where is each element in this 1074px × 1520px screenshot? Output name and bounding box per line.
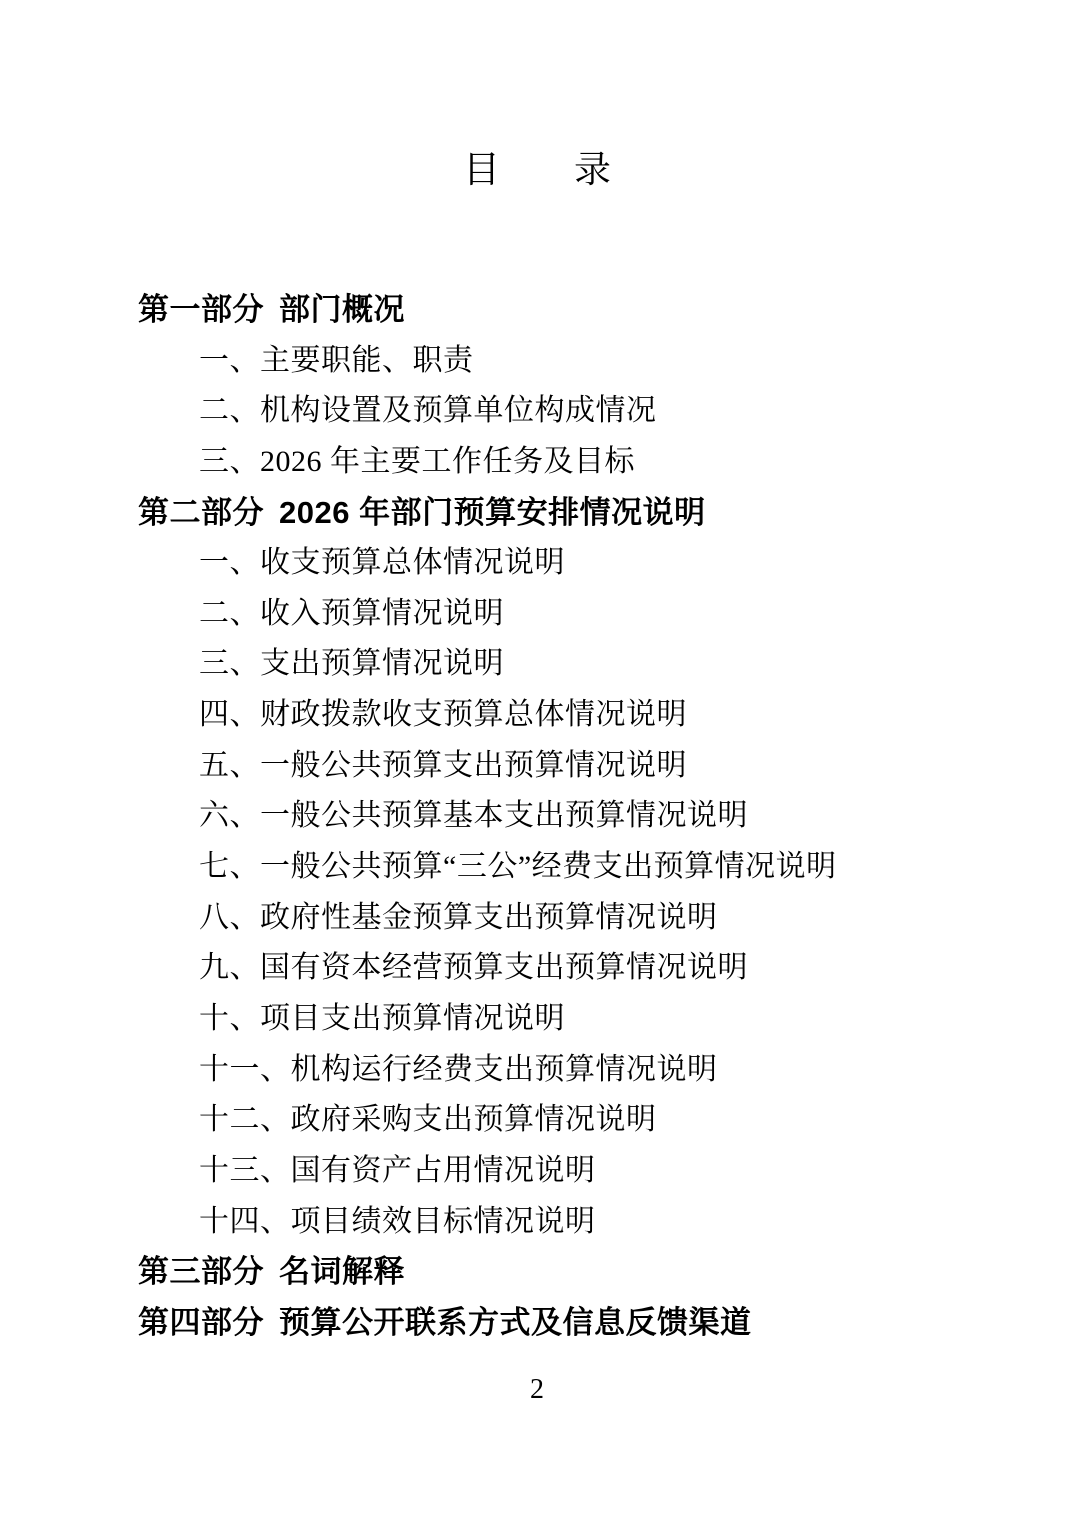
- toc-part-label: 第一部分: [138, 292, 264, 327]
- toc-item: 六、一般公共预算基本支出预算情况说明: [0, 791, 1074, 842]
- toc-part-heading: 第一部分部门概况: [0, 285, 1074, 336]
- toc-item: 十一、机构运行经费支出预算情况说明: [0, 1045, 1074, 1096]
- toc-item: 一、收支预算总体情况说明: [0, 538, 1074, 589]
- toc-part-heading: 第四部分预算公开联系方式及信息反馈渠道: [0, 1298, 1074, 1349]
- toc-item: 十二、政府采购支出预算情况说明: [0, 1095, 1074, 1146]
- toc-part-heading: 第二部分2026 年部门预算安排情况说明: [0, 488, 1074, 539]
- toc-item: 五、一般公共预算支出预算情况说明: [0, 741, 1074, 792]
- page-number: 2: [0, 1372, 1074, 1408]
- table-of-contents: 第一部分部门概况一、主要职能、职责二、机构设置及预算单位构成情况三、2026 年…: [0, 285, 1074, 1348]
- toc-part-heading: 第三部分名词解释: [0, 1247, 1074, 1298]
- toc-part-label: 第三部分: [138, 1254, 264, 1289]
- toc-item: 七、一般公共预算“三公”经费支出预算情况说明: [0, 842, 1074, 893]
- toc-item: 四、财政拨款收支预算总体情况说明: [0, 690, 1074, 741]
- toc-part-title: 部门概况: [279, 292, 405, 327]
- document-page: 目 录 第一部分部门概况一、主要职能、职责二、机构设置及预算单位构成情况三、20…: [0, 0, 1074, 1520]
- page-title: 目 录: [0, 148, 1074, 194]
- toc-part-title: 2026 年部门预算安排情况说明: [279, 495, 706, 530]
- toc-item: 十三、国有资产占用情况说明: [0, 1146, 1074, 1197]
- toc-item: 十、项目支出预算情况说明: [0, 994, 1074, 1045]
- toc-item: 九、国有资本经营预算支出预算情况说明: [0, 943, 1074, 994]
- toc-item: 一、主要职能、职责: [0, 336, 1074, 387]
- toc-item: 二、机构设置及预算单位构成情况: [0, 386, 1074, 437]
- toc-item: 三、2026 年主要工作任务及目标: [0, 437, 1074, 488]
- toc-part-label: 第四部分: [138, 1305, 264, 1340]
- toc-part-title: 名词解释: [279, 1254, 405, 1289]
- toc-item: 八、政府性基金预算支出预算情况说明: [0, 893, 1074, 944]
- toc-part-title: 预算公开联系方式及信息反馈渠道: [279, 1305, 752, 1340]
- toc-item: 十四、项目绩效目标情况说明: [0, 1197, 1074, 1248]
- toc-part-label: 第二部分: [138, 495, 264, 530]
- toc-item: 三、支出预算情况说明: [0, 639, 1074, 690]
- toc-item: 二、收入预算情况说明: [0, 589, 1074, 640]
